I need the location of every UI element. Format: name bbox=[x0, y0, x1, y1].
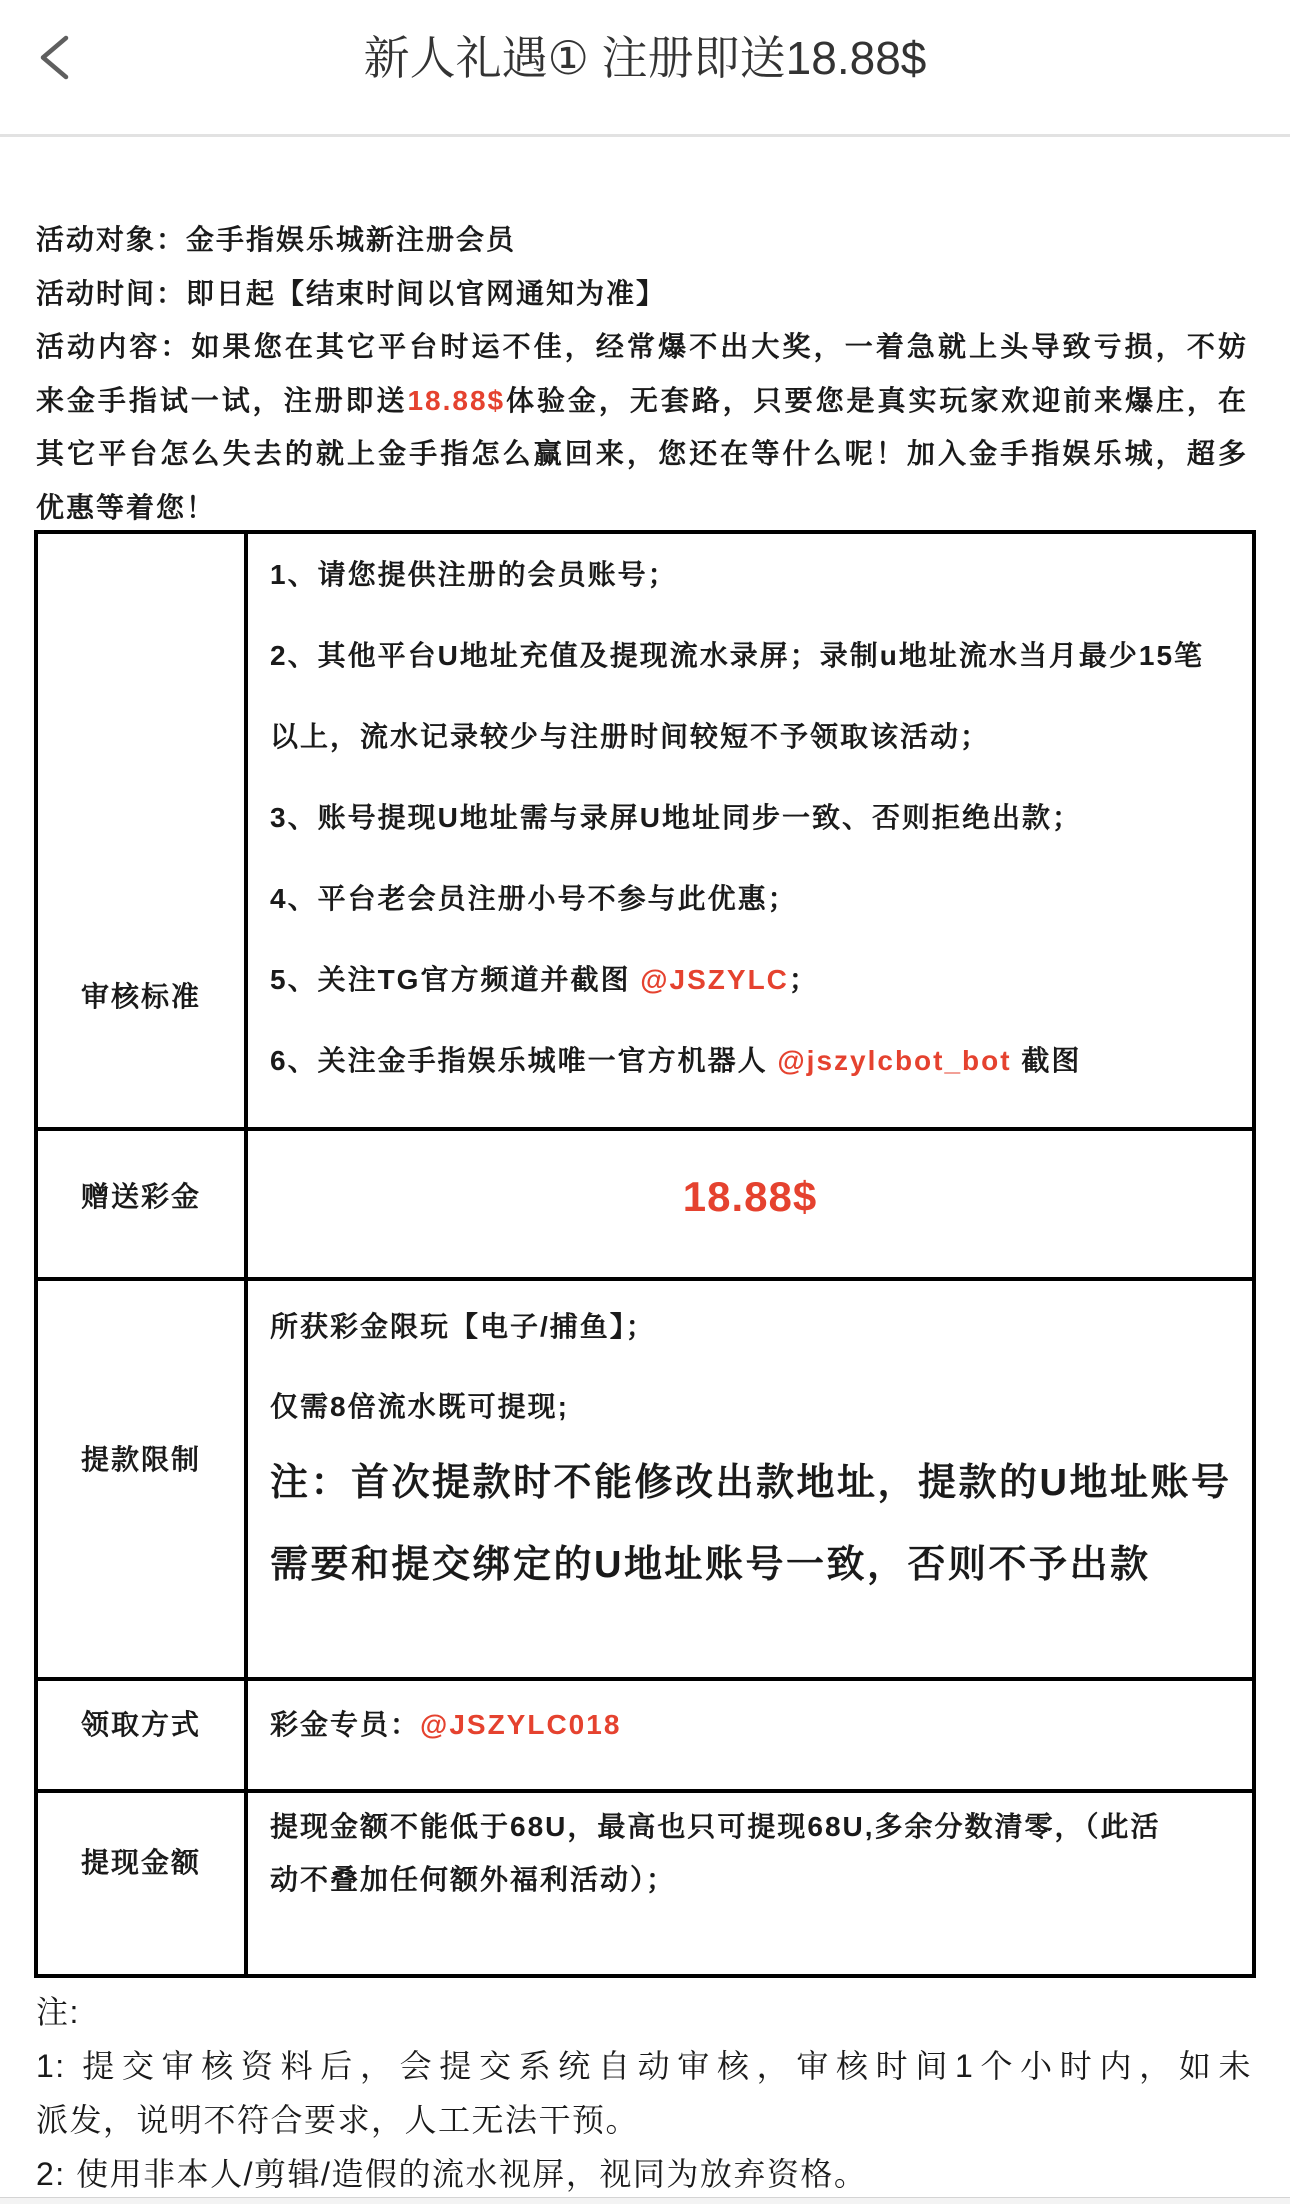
row-label: 提现金额 bbox=[38, 1843, 244, 1883]
page-title: 新人礼遇① 注册即送18.88$ bbox=[0, 30, 1290, 86]
criteria-item-text: 截图 bbox=[1012, 1045, 1082, 1076]
row-label-cell: 领取方式 bbox=[38, 1681, 248, 1789]
table-row-withdraw-limits: 提款限制 所获彩金限玩【电子/捕鱼】； 仅需8倍流水既可提现; 注：首次提款时不… bbox=[38, 1277, 1252, 1677]
criteria-item: 3、账号提现U地址需与录屏U地址同步一致、否则拒绝出款； bbox=[270, 777, 1252, 858]
criteria-item: 4、平台老会员注册小号不参与此优惠； bbox=[270, 858, 1252, 939]
activity-content-text: 如果您在其它平台时运不佳，经常爆不出大奖，一着急就上头导致亏损，不妨 bbox=[192, 331, 1248, 362]
criteria-item-text: ； bbox=[789, 964, 819, 995]
criteria-item: 2、其他平台U地址充值及提现流水录屏；录制u地址流水当月最少15笔 bbox=[270, 615, 1252, 696]
notes-title: 注: bbox=[36, 1985, 1252, 2039]
row-label-cell: 审核标准 bbox=[38, 534, 248, 1127]
amount-line: 动不叠加任何额外福利活动）； bbox=[270, 1853, 1252, 1906]
amount-line: 提现金额不能低于68U，最高也只可提现68U,多余分数清零，（此活 bbox=[270, 1800, 1252, 1853]
row-content-cell: 所获彩金限玩【电子/捕鱼】； 仅需8倍流水既可提现; 注：首次提款时不能修改出款… bbox=[248, 1281, 1252, 1677]
activity-content-line: 其它平台怎么失去的就上金手指怎么赢回来，您还在等什么呢！加入金手指娱乐城，超多 bbox=[36, 427, 1248, 481]
row-label: 提款限制 bbox=[38, 1440, 244, 1480]
activity-content-line: 来金手指试一试，注册即送18.88$体验金，无套路，只要您是真实玩家欢迎前来爆庄… bbox=[36, 374, 1248, 428]
activity-time-label: 活动时间： bbox=[36, 278, 186, 309]
table-row-review-criteria: 审核标准 1、请您提供注册的会员账号； 2、其他平台U地址充值及提现流水录屏；录… bbox=[38, 534, 1252, 1127]
criteria-item-continued: 以上，流水记录较少与注册时间较短不予领取该活动； bbox=[270, 696, 1252, 777]
note-line: 2: 使用非本人/剪辑/造假的流水视屏，视同为放弃资格。 bbox=[36, 2147, 1252, 2201]
activity-target-value: 金手指娱乐城新注册会员 bbox=[186, 224, 516, 255]
nav-header: 新人礼遇① 注册即送18.88$ bbox=[0, 0, 1290, 137]
row-content-cell: 彩金专员：@JSZYLC018 bbox=[248, 1681, 1252, 1789]
criteria-item: 6、关注金手指娱乐城唯一官方机器人 @jszylcbot_bot 截图 bbox=[270, 1020, 1252, 1101]
criteria-item-text: 5、关注TG官方频道并截图 bbox=[270, 964, 640, 995]
bonus-agent-link[interactable]: @JSZYLC018 bbox=[420, 1709, 621, 1740]
tg-bot-link[interactable]: @jszylcbot_bot bbox=[777, 1045, 1011, 1076]
activity-content-line: 活动内容：如果您在其它平台时运不佳，经常爆不出大奖，一着急就上头导致亏损，不妨 bbox=[36, 320, 1248, 374]
activity-content-label: 活动内容： bbox=[36, 331, 192, 362]
activity-intro: 活动对象：金手指娱乐城新注册会员 活动时间：即日起【结束时间以官网通知为准】 活… bbox=[36, 213, 1248, 535]
activity-content-text: 其它平台怎么失去的就上金手指怎么赢回来，您还在等什么呢！加入金手指娱乐城，超多 bbox=[36, 438, 1248, 469]
activity-time-value: 即日起【结束时间以官网通知为准】 bbox=[186, 278, 666, 309]
note-line: 派发，说明不符合要求，人工无法干预。 bbox=[36, 2093, 1252, 2147]
activity-target-label: 活动对象： bbox=[36, 224, 186, 255]
row-label-cell: 提款限制 bbox=[38, 1281, 248, 1677]
bottom-bar bbox=[0, 2197, 1290, 2204]
row-label-cell: 提现金额 bbox=[38, 1793, 248, 1974]
criteria-item: 5、关注TG官方频道并截图 @JSZYLC； bbox=[270, 939, 1252, 1020]
claim-line: 彩金专员：@JSZYLC018 bbox=[270, 1705, 1252, 1745]
claim-prefix: 彩金专员： bbox=[270, 1709, 420, 1740]
warning-line: 注：首次提款时不能修改出款地址，提款的U地址账号 bbox=[270, 1442, 1252, 1524]
limit-line: 仅需8倍流水既可提现; bbox=[270, 1367, 1252, 1447]
row-label: 领取方式 bbox=[38, 1705, 244, 1745]
rules-table: 审核标准 1、请您提供注册的会员账号； 2、其他平台U地址充值及提现流水录屏；录… bbox=[34, 530, 1256, 1978]
withdraw-warning: 注：首次提款时不能修改出款地址，提款的U地址账号 需要和提交绑定的U地址账号一致… bbox=[270, 1442, 1252, 1606]
table-row-withdraw-amount: 提现金额 提现金额不能低于68U，最高也只可提现68U,多余分数清零，（此活 动… bbox=[38, 1789, 1252, 1974]
bonus-value: 18.88$ bbox=[248, 1172, 1252, 1222]
bonus-amount-highlight: 18.88$ bbox=[407, 385, 505, 416]
activity-target-line: 活动对象：金手指娱乐城新注册会员 bbox=[36, 213, 1248, 267]
note-line: 1: 提交审核资料后，会提交系统自动审核，审核时间1个小时内，如未 bbox=[36, 2039, 1252, 2093]
criteria-item-text: 6、关注金手指娱乐城唯一官方机器人 bbox=[270, 1045, 777, 1076]
footnotes: 注: 1: 提交审核资料后，会提交系统自动审核，审核时间1个小时内，如未 派发，… bbox=[36, 1985, 1252, 2201]
limit-line: 所获彩金限玩【电子/捕鱼】； bbox=[270, 1287, 1252, 1367]
table-row-bonus: 赠送彩金 18.88$ bbox=[38, 1127, 1252, 1277]
row-content-cell: 1、请您提供注册的会员账号； 2、其他平台U地址充值及提现流水录屏；录制u地址流… bbox=[248, 534, 1252, 1127]
row-label: 审核标准 bbox=[38, 977, 244, 1017]
activity-content-text: 来金手指试一试，注册即送 bbox=[36, 385, 407, 416]
activity-content-text: 体验金，无套路，只要您是真实玩家欢迎前来爆庄，在 bbox=[505, 385, 1248, 416]
warning-line: 需要和提交绑定的U地址账号一致，否则不予出款 bbox=[270, 1524, 1252, 1606]
table-row-claim-method: 领取方式 彩金专员：@JSZYLC018 bbox=[38, 1677, 1252, 1789]
row-content-cell: 18.88$ bbox=[248, 1131, 1252, 1277]
activity-content-line: 优惠等着您！ bbox=[36, 481, 1248, 535]
activity-content-text: 优惠等着您！ bbox=[36, 492, 216, 523]
tg-channel-link[interactable]: @JSZYLC bbox=[640, 964, 789, 995]
row-label: 赠送彩金 bbox=[38, 1177, 244, 1217]
row-content-cell: 提现金额不能低于68U，最高也只可提现68U,多余分数清零，（此活 动不叠加任何… bbox=[248, 1793, 1252, 1974]
row-label-cell: 赠送彩金 bbox=[38, 1131, 248, 1277]
criteria-item: 1、请您提供注册的会员账号； bbox=[270, 534, 1252, 615]
activity-time-line: 活动时间：即日起【结束时间以官网通知为准】 bbox=[36, 267, 1248, 321]
